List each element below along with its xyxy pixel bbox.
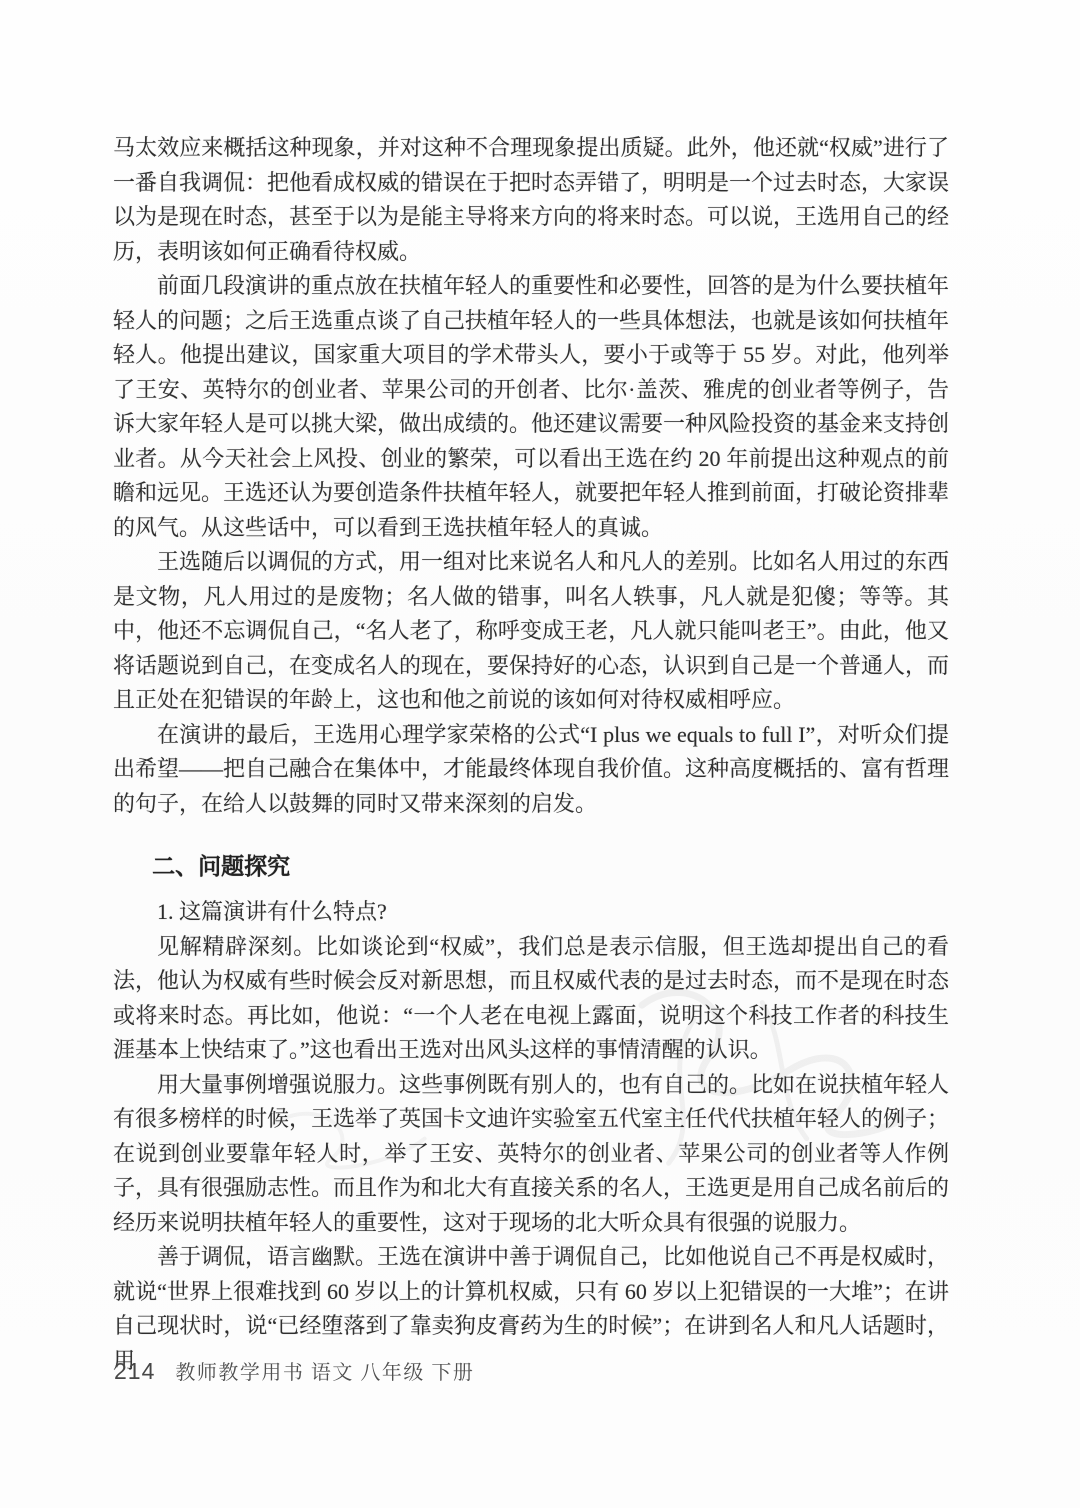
page-footer: 214 教师教学用书 语文 八年级 下册 <box>114 1356 474 1385</box>
paragraph-supporting-young-people: 前面几段演讲的重点放在扶植年轻人的重要性和必要性，回答的是为什么要扶植年轻人的问… <box>113 269 949 545</box>
page-number: 214 <box>114 1358 155 1385</box>
footer-book-title: 教师教学用书 语文 八年级 下册 <box>175 1356 474 1385</box>
paragraph-authority-self-mockery: 马太效应来概括这种现象，并对这种不合理现象提出质疑。此外，他还就“权威”进行了一… <box>113 131 949 269</box>
paragraph-famous-vs-ordinary: 王选随后以调侃的方式，用一组对比来说名人和凡人的差别。比如名人用过的东西是文物，… <box>113 545 949 718</box>
question-speech-characteristics: 1. 这篇演讲有什么特点? <box>113 895 949 930</box>
answer-paragraph-many-examples: 用大量事例增强说服力。这些事例既有别人的，也有自己的。比如在说扶植年轻人有很多榜… <box>113 1068 949 1241</box>
text-block: 马太效应来概括这种现象，并对这种不合理现象提出质疑。此外，他还就“权威”进行了一… <box>113 131 949 1378</box>
answer-paragraph-insightful-views: 见解精辟深刻。比如谈论到“权威”，我们总是表示信服，但王选却提出自己的看法，他认… <box>113 930 949 1068</box>
section-heading-problem-exploration: 二、问题探究 <box>113 851 949 883</box>
book-page: 马太效应来概括这种现象，并对这种不合理现象提出质疑。此外，他还就“权威”进行了一… <box>0 0 1080 1508</box>
paragraph-jung-formula: 在演讲的最后，王选用心理学家荣格的公式“I plus we equals to … <box>113 718 949 822</box>
